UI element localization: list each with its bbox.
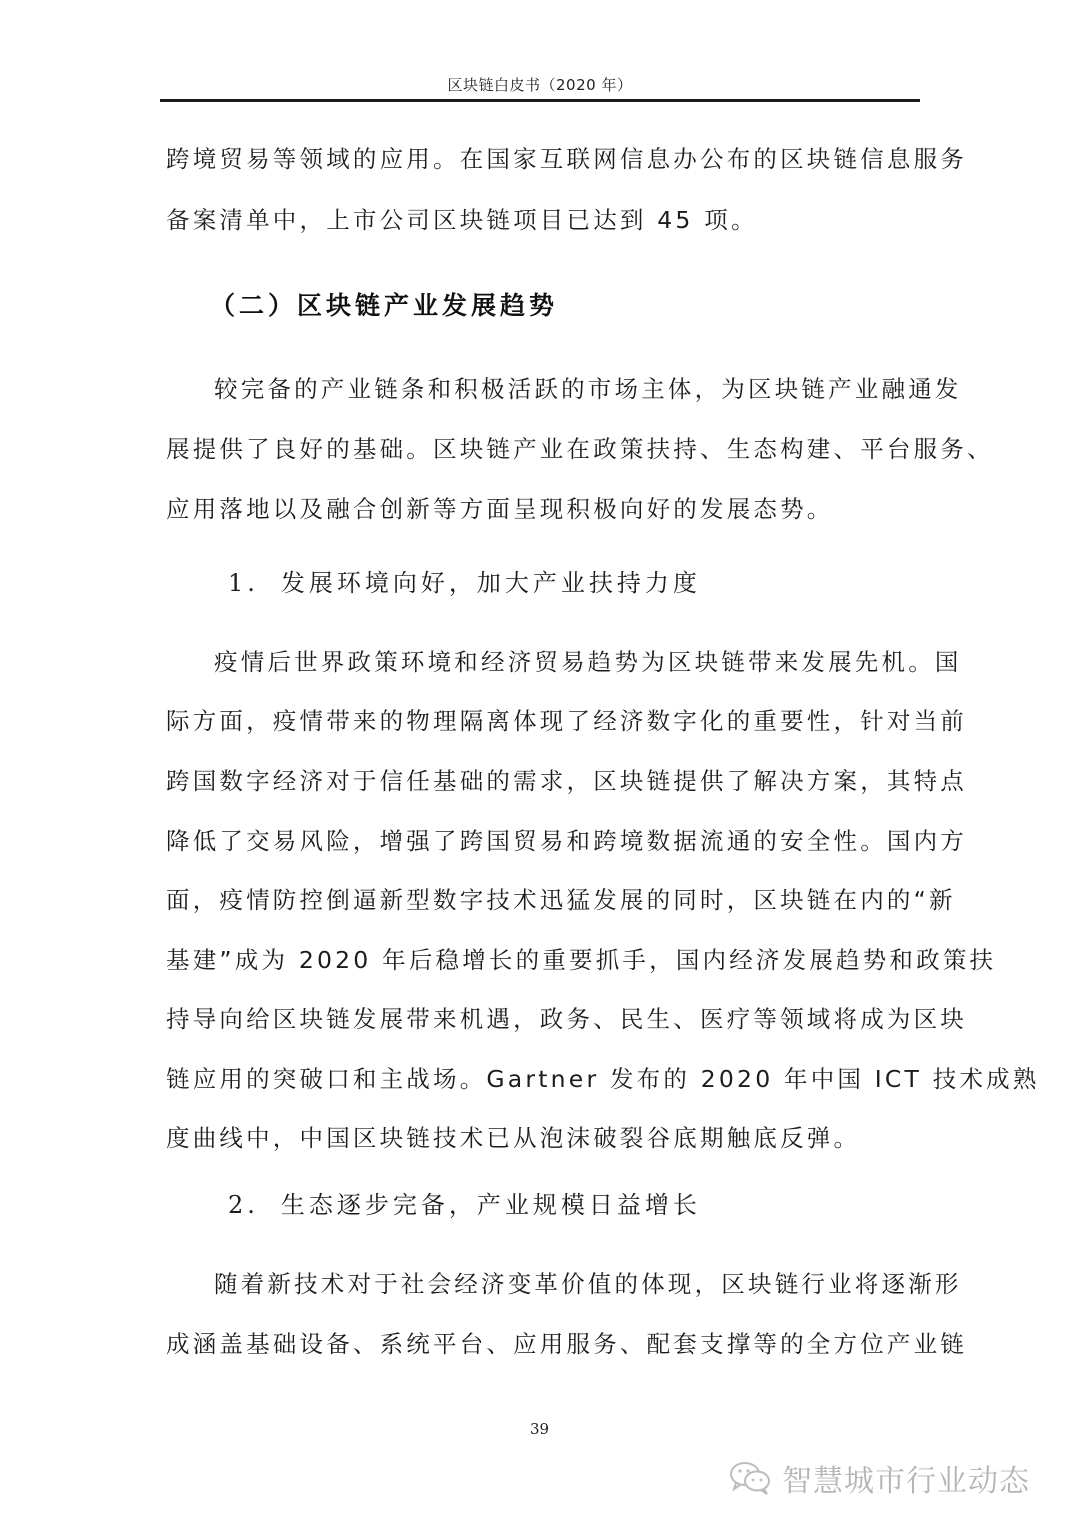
paragraph-line: 降低了交易风险，增强了跨国贸易和跨境数据流通的安全性。国内方: [166, 822, 916, 856]
paragraph-line: 际方面，疫情带来的物理隔离体现了经济数字化的重要性，针对当前: [166, 702, 916, 736]
paragraph-line: 展提供了良好的基础。区块链产业在政策扶持、生态构建、平台服务、: [166, 430, 916, 464]
watermark-text: 智慧城市行业动态: [782, 1456, 1030, 1500]
header-rule: [160, 99, 920, 102]
paragraph-line: 链应用的突破口和主战场。Gartner 发布的 2020 年中国 ICT 技术成…: [166, 1060, 916, 1094]
paragraph-line: 度曲线中，中国区块链技术已从泡沫破裂谷底期触底反弹。: [166, 1119, 916, 1153]
paragraph-line: 持导向给区块链发展带来机遇，政务、民生、医疗等领域将成为区块: [166, 1000, 916, 1034]
document-page: 区块链白皮书（2020 年） 跨境贸易等领域的应用。在国家互联网信息办公布的区块…: [0, 0, 1080, 1528]
subsection-number: 2.: [228, 1191, 259, 1219]
subsection-heading-2: 2.生态逐步完备，产业规模日益增长: [228, 1185, 701, 1220]
paragraph-line: 跨国数字经济对于信任基础的需求，区块链提供了解决方案，其特点: [166, 762, 916, 796]
paragraph-line: 备案清单中，上市公司区块链项目已达到 45 项。: [166, 201, 916, 235]
paragraph-line: 成涵盖基础设备、系统平台、应用服务、配套支撑等的全方位产业链: [166, 1325, 916, 1359]
paragraph-line: 较完备的产业链条和积极活跃的市场主体，为区块链产业融通发: [214, 370, 916, 404]
subsection-heading-1: 1.发展环境向好，加大产业扶持力度: [228, 563, 701, 598]
section-heading: （二）区块链产业发展趋势: [210, 286, 558, 322]
paragraph-line: 应用落地以及融合创新等方面呈现积极向好的发展态势。: [166, 490, 916, 524]
paragraph-line: 基建”成为 2020 年后稳增长的重要抓手，国内经济发展趋势和政策扶: [166, 941, 916, 975]
page-number: 39: [530, 1420, 549, 1438]
paragraph-line: 随着新技术对于社会经济变革价值的体现，区块链行业将逐渐形: [214, 1265, 916, 1299]
paragraph-line: 面，疫情防控倒逼新型数字技术迅猛发展的同时，区块链在内的“新: [166, 881, 916, 915]
wechat-icon: [728, 1460, 774, 1496]
running-header: 区块链白皮书（2020 年）: [160, 74, 920, 95]
paragraph-line: 跨境贸易等领域的应用。在国家互联网信息办公布的区块链信息服务: [166, 140, 916, 174]
subsection-number: 1.: [228, 569, 259, 597]
paragraph-line: 疫情后世界政策环境和经济贸易趋势为区块链带来发展先机。国: [214, 643, 916, 677]
subsection-title: 发展环境向好，加大产业扶持力度: [281, 569, 701, 597]
watermark: 智慧城市行业动态: [728, 1456, 1030, 1500]
subsection-title: 生态逐步完备，产业规模日益增长: [281, 1191, 701, 1219]
